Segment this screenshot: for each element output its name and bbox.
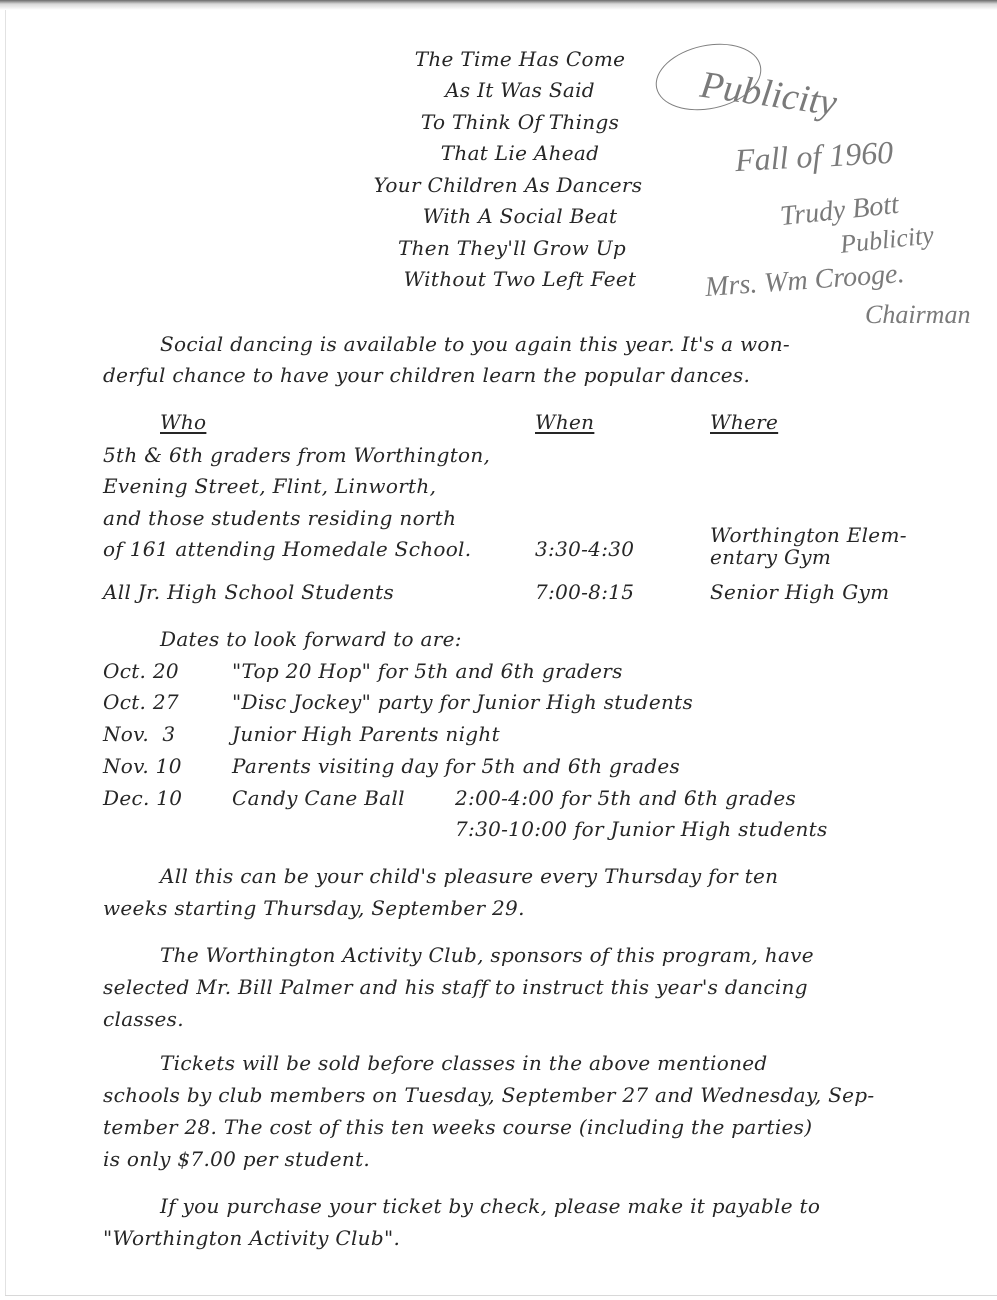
annotation-season: Fall of 1960 — [734, 134, 894, 179]
paragraph-line: If you purchase your ticket by check, pl… — [160, 1194, 820, 1218]
paragraph-line: weeks starting Thursday, September 29. — [103, 896, 525, 920]
paragraph-line: The Worthington Activity Club, sponsors … — [160, 943, 814, 967]
date-event-time: 7:30-10:00 for Junior High students — [455, 817, 828, 841]
date-label: Dec. 10 — [103, 786, 182, 810]
date-label: Oct. 20 — [103, 659, 179, 683]
paragraph-line: classes. — [103, 1007, 184, 1031]
row1-who: Evening Street, Flint, Linworth, — [103, 474, 436, 498]
page-border-left — [5, 10, 6, 1295]
date-label: Nov. 3 — [103, 722, 175, 746]
poem-line: That Lie Ahead — [360, 141, 680, 165]
page-border-bottom — [5, 1295, 997, 1296]
dates-intro: Dates to look forward to are: — [160, 627, 462, 651]
date-event: "Top 20 Hop" for 5th and 6th graders — [232, 659, 623, 683]
row2-where: Senior High Gym — [710, 580, 889, 604]
paragraph-line: is only $7.00 per student. — [103, 1147, 370, 1171]
paragraph-line: schools by club members on Tuesday, Sept… — [103, 1083, 874, 1107]
row1-who: 5th & 6th graders from Worthington, — [103, 443, 490, 467]
row1-where: entary Gym — [710, 545, 831, 569]
date-event: "Disc Jockey" party for Junior High stud… — [232, 690, 693, 714]
intro-line: derful chance to have your children lear… — [103, 363, 750, 387]
intro-line: Social dancing is available to you again… — [160, 332, 790, 356]
annotation-name2: Mrs. Wm Crooge. — [704, 258, 905, 304]
row1-who: of 161 attending Homedale School. — [103, 537, 471, 561]
date-event: Parents visiting day for 5th and 6th gra… — [232, 754, 680, 778]
annotation-role2: Chairman — [865, 300, 970, 330]
date-label: Nov. 10 — [103, 754, 182, 778]
date-event: Candy Cane Ball — [232, 786, 405, 810]
paragraph-line: Tickets will be sold before classes in t… — [160, 1051, 768, 1075]
header-where: Where — [710, 410, 778, 434]
paragraph-line: All this can be your child's pleasure ev… — [160, 864, 778, 888]
header-who: Who — [160, 410, 206, 434]
paragraph-line: selected Mr. Bill Palmer and his staff t… — [103, 975, 808, 999]
poem-line: As It Was Said — [360, 78, 680, 102]
row2-when: 7:00-8:15 — [535, 580, 634, 604]
paragraph-line: "Worthington Activity Club". — [103, 1226, 400, 1250]
date-label: Oct. 27 — [103, 690, 179, 714]
row1-where: Worthington Elem- — [710, 523, 907, 547]
annotation-publicity: Publicity — [698, 63, 840, 126]
row2-who: All Jr. High School Students — [103, 580, 394, 604]
page-top-edge — [0, 0, 997, 10]
date-event: Junior High Parents night — [232, 722, 500, 746]
poem-line: Then They'll Grow Up — [352, 236, 672, 260]
poem-line: With A Social Beat — [360, 204, 680, 228]
poem-line: Without Two Left Feet — [360, 267, 680, 291]
poem-line: The Time Has Come — [360, 47, 680, 71]
paragraph-line: tember 28. The cost of this ten weeks co… — [103, 1115, 812, 1139]
poem-line: To Think Of Things — [360, 110, 680, 134]
row1-who: and those students residing north — [103, 506, 456, 530]
date-event-time: 2:00-4:00 for 5th and 6th grades — [455, 786, 796, 810]
poem-line: Your Children As Dancers — [348, 173, 668, 197]
annotation-role1: Publicity — [839, 220, 935, 260]
row1-when: 3:30-4:30 — [535, 537, 634, 561]
header-when: When — [535, 410, 594, 434]
